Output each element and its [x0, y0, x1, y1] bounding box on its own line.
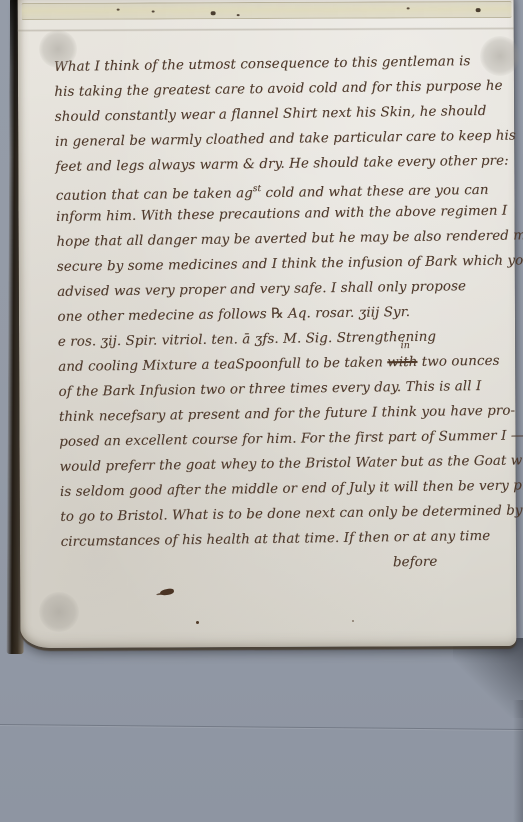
top-crease-band: [22, 1, 512, 20]
manuscript-page: What I think of the utmost consequence t…: [18, 0, 517, 648]
adhesive-smudge-top-left: [39, 30, 77, 68]
ink-speck-faint: [352, 620, 354, 622]
manuscript-text: What I think of the utmost consequence t…: [54, 48, 523, 579]
adhesive-smudge-bottom-left: [39, 592, 79, 632]
crease-specks: [22, 4, 25, 6]
photo-background: What I think of the utmost consequence t…: [0, 0, 523, 822]
manuscript-line: before: [393, 548, 523, 575]
backing-edge-shadow: [513, 700, 523, 822]
ink-speck: [196, 621, 199, 624]
inserted-word: in: [401, 341, 410, 350]
adhesive-smudge-top-right: [480, 36, 520, 76]
top-crease-shadow: [18, 27, 514, 32]
